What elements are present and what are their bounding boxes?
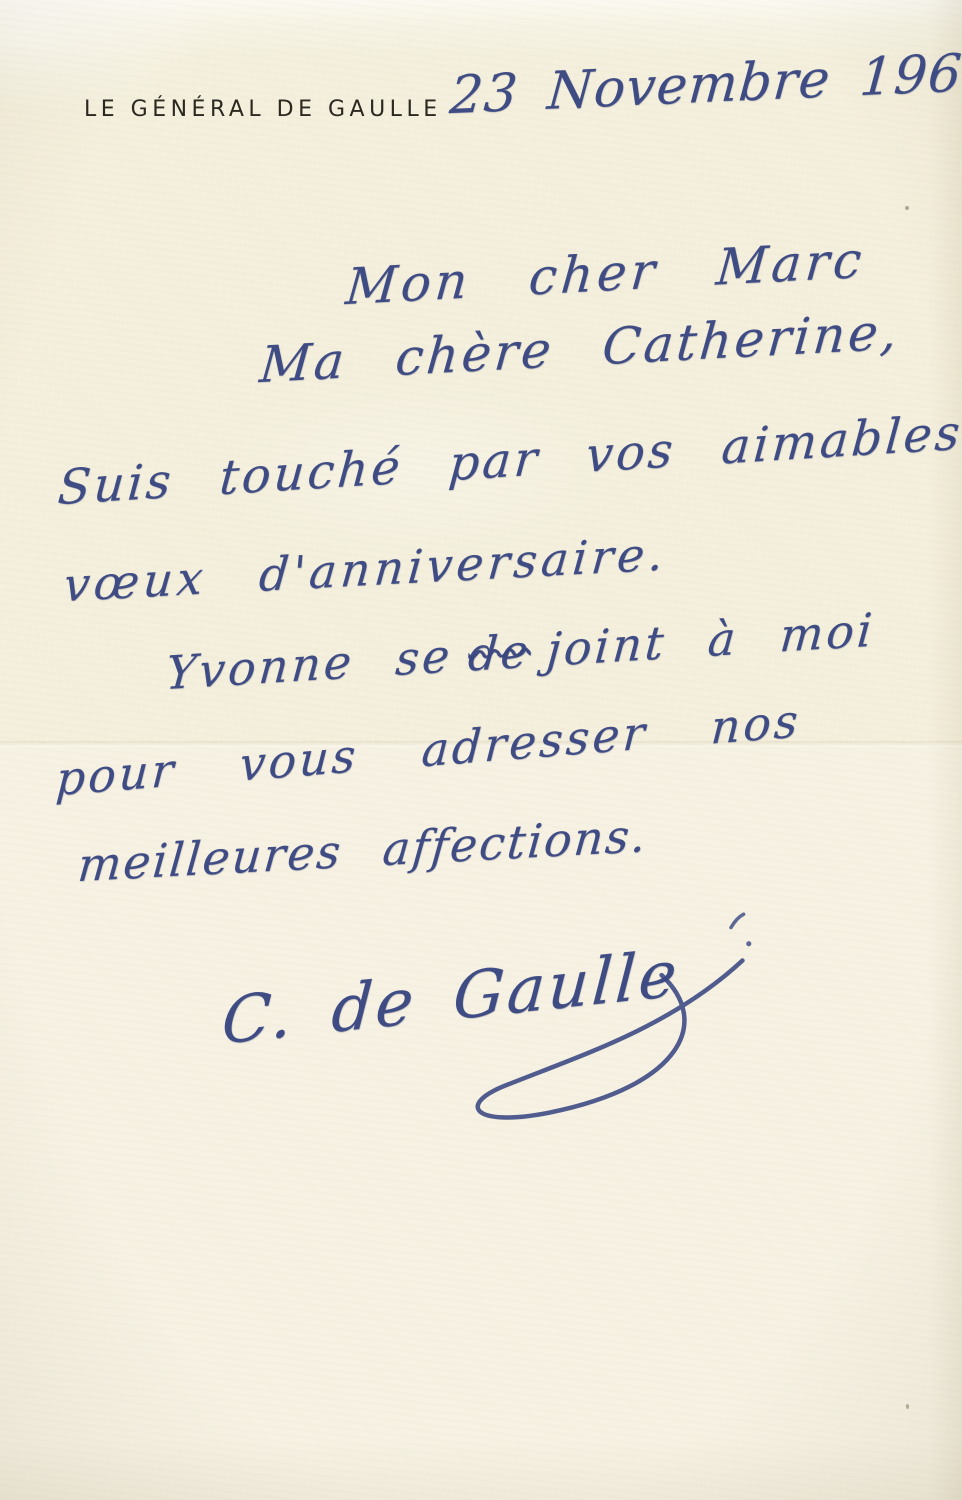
salutation-line-1: Mon cher Marc	[343, 231, 867, 317]
body-line-4: pour vous adresser nos	[54, 693, 802, 806]
letter-paper: LE GÉNÉRAL DE GAULLE 23 Novembre 1969. M…	[0, 0, 962, 1500]
signature: C. de Gaulle	[219, 937, 682, 1060]
crossed-out-word: de	[466, 623, 533, 681]
body-line-3-after: joint à moi	[545, 602, 877, 676]
body-line-2: vœux d'anniversaire.	[62, 526, 670, 612]
body-line-1: Suis touché par vos aimables	[56, 404, 962, 516]
body-line-5: meilleures affections.	[76, 808, 650, 892]
salutation-line-2: Ma chère Catherine,	[257, 302, 902, 394]
dust-speck	[905, 206, 909, 210]
signature-flourish-icon	[186, 884, 807, 1175]
signature-block: C. de Gaulle	[186, 884, 807, 1175]
dust-speck	[906, 1404, 909, 1409]
letterhead: LE GÉNÉRAL DE GAULLE	[84, 97, 442, 122]
body-line-3: Yvonne sedejoint à moi	[164, 602, 877, 700]
body-line-3-before: Yvonne se	[164, 628, 455, 700]
handwritten-date: 23 Novembre 1969.	[448, 41, 962, 126]
